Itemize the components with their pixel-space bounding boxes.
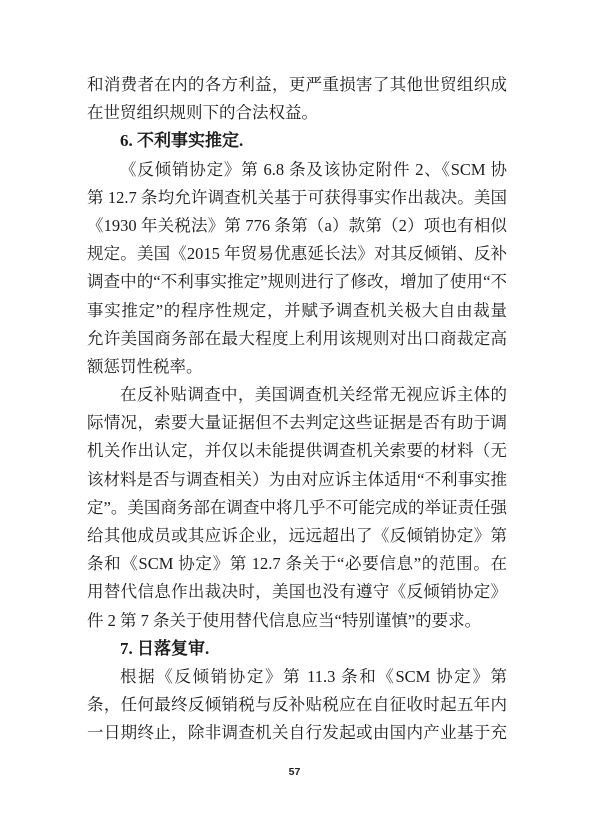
text-line: 给其他成员或其应诉企业，远远超出了《反倾销协定》第 6.8: [87, 522, 507, 550]
text-line: 和消费者在内的各方利益，更严重损害了其他世贸组织成员: [87, 71, 507, 99]
text-line: 一日期终止，除非调查机关自行发起或由国内产业基于充分: [87, 719, 507, 747]
text-line: 该材料是否与调查相关）为由对应诉主体适用“不利事实推: [87, 466, 507, 494]
text-line: 用替代信息作出裁决时，美国也没有遵守《反倾销协定》附: [87, 578, 507, 606]
text-line: 允许美国商务部在最大程度上利用该规则对出口商裁定高: [87, 325, 507, 353]
text-line: 在世贸组织规则下的合法权益。: [87, 99, 507, 127]
text-line: 规定。美国《2015 年贸易优惠延长法》对其反倾销、反补贴: [87, 240, 507, 268]
text-line: 《反倾销协定》第 6.8 条及该协定附件 2、《SCM 协定》: [87, 156, 507, 184]
text-line: 机关作出认定，并仅以未能提供调查机关索要的材料（无论: [87, 437, 507, 465]
text-line: 《1930 年关税法》第 776 条第（a）款第（2）项也有相似的: [87, 212, 507, 240]
page-number-footer: 57: [0, 766, 589, 778]
text-line: 际情况，索要大量证据但不去判定这些证据是否有助于调查: [87, 409, 507, 437]
section-heading: 6. 不利事实推定.: [87, 127, 507, 155]
text-line: 第 12.7 条均允许调查机关基于可获得事实作出裁决。美国: [87, 184, 507, 212]
page-text: 和消费者在内的各方利益，更严重损害了其他世贸组织成员在世贸组织规则下的合法权益。…: [87, 71, 507, 748]
text-line: 定”。美国商务部在调查中将几乎不可能完成的举证责任强加: [87, 494, 507, 522]
text-line: 件 2 第 7 条关于使用替代信息应当“特别谨慎”的要求。: [87, 607, 507, 635]
text-line: 额惩罚性税率。: [87, 353, 507, 381]
text-line: 调查中的“不利事实推定”规则进行了修改，增加了使用“不利: [87, 268, 507, 296]
section-heading: 7. 日落复审.: [87, 635, 507, 663]
text-line: 在反补贴调查中，美国调查机关经常无视应诉主体的实: [87, 381, 507, 409]
text-line: 条和《SCM 协定》第 12.7 条关于“必要信息”的范围。在使: [87, 550, 507, 578]
text-line: 事实推定”的程序性规定，并赋予调查机关极大自由裁量权，: [87, 297, 507, 325]
text-line: 根据《反倾销协定》第 11.3 条和《SCM 协定》第 21.3: [87, 663, 507, 691]
text-line: 条，任何最终反倾销税与反补贴税应在自征收时起五年内的: [87, 691, 507, 719]
document-page: 和消费者在内的各方利益，更严重损害了其他世贸组织成员在世贸组织规则下的合法权益。…: [0, 0, 589, 837]
